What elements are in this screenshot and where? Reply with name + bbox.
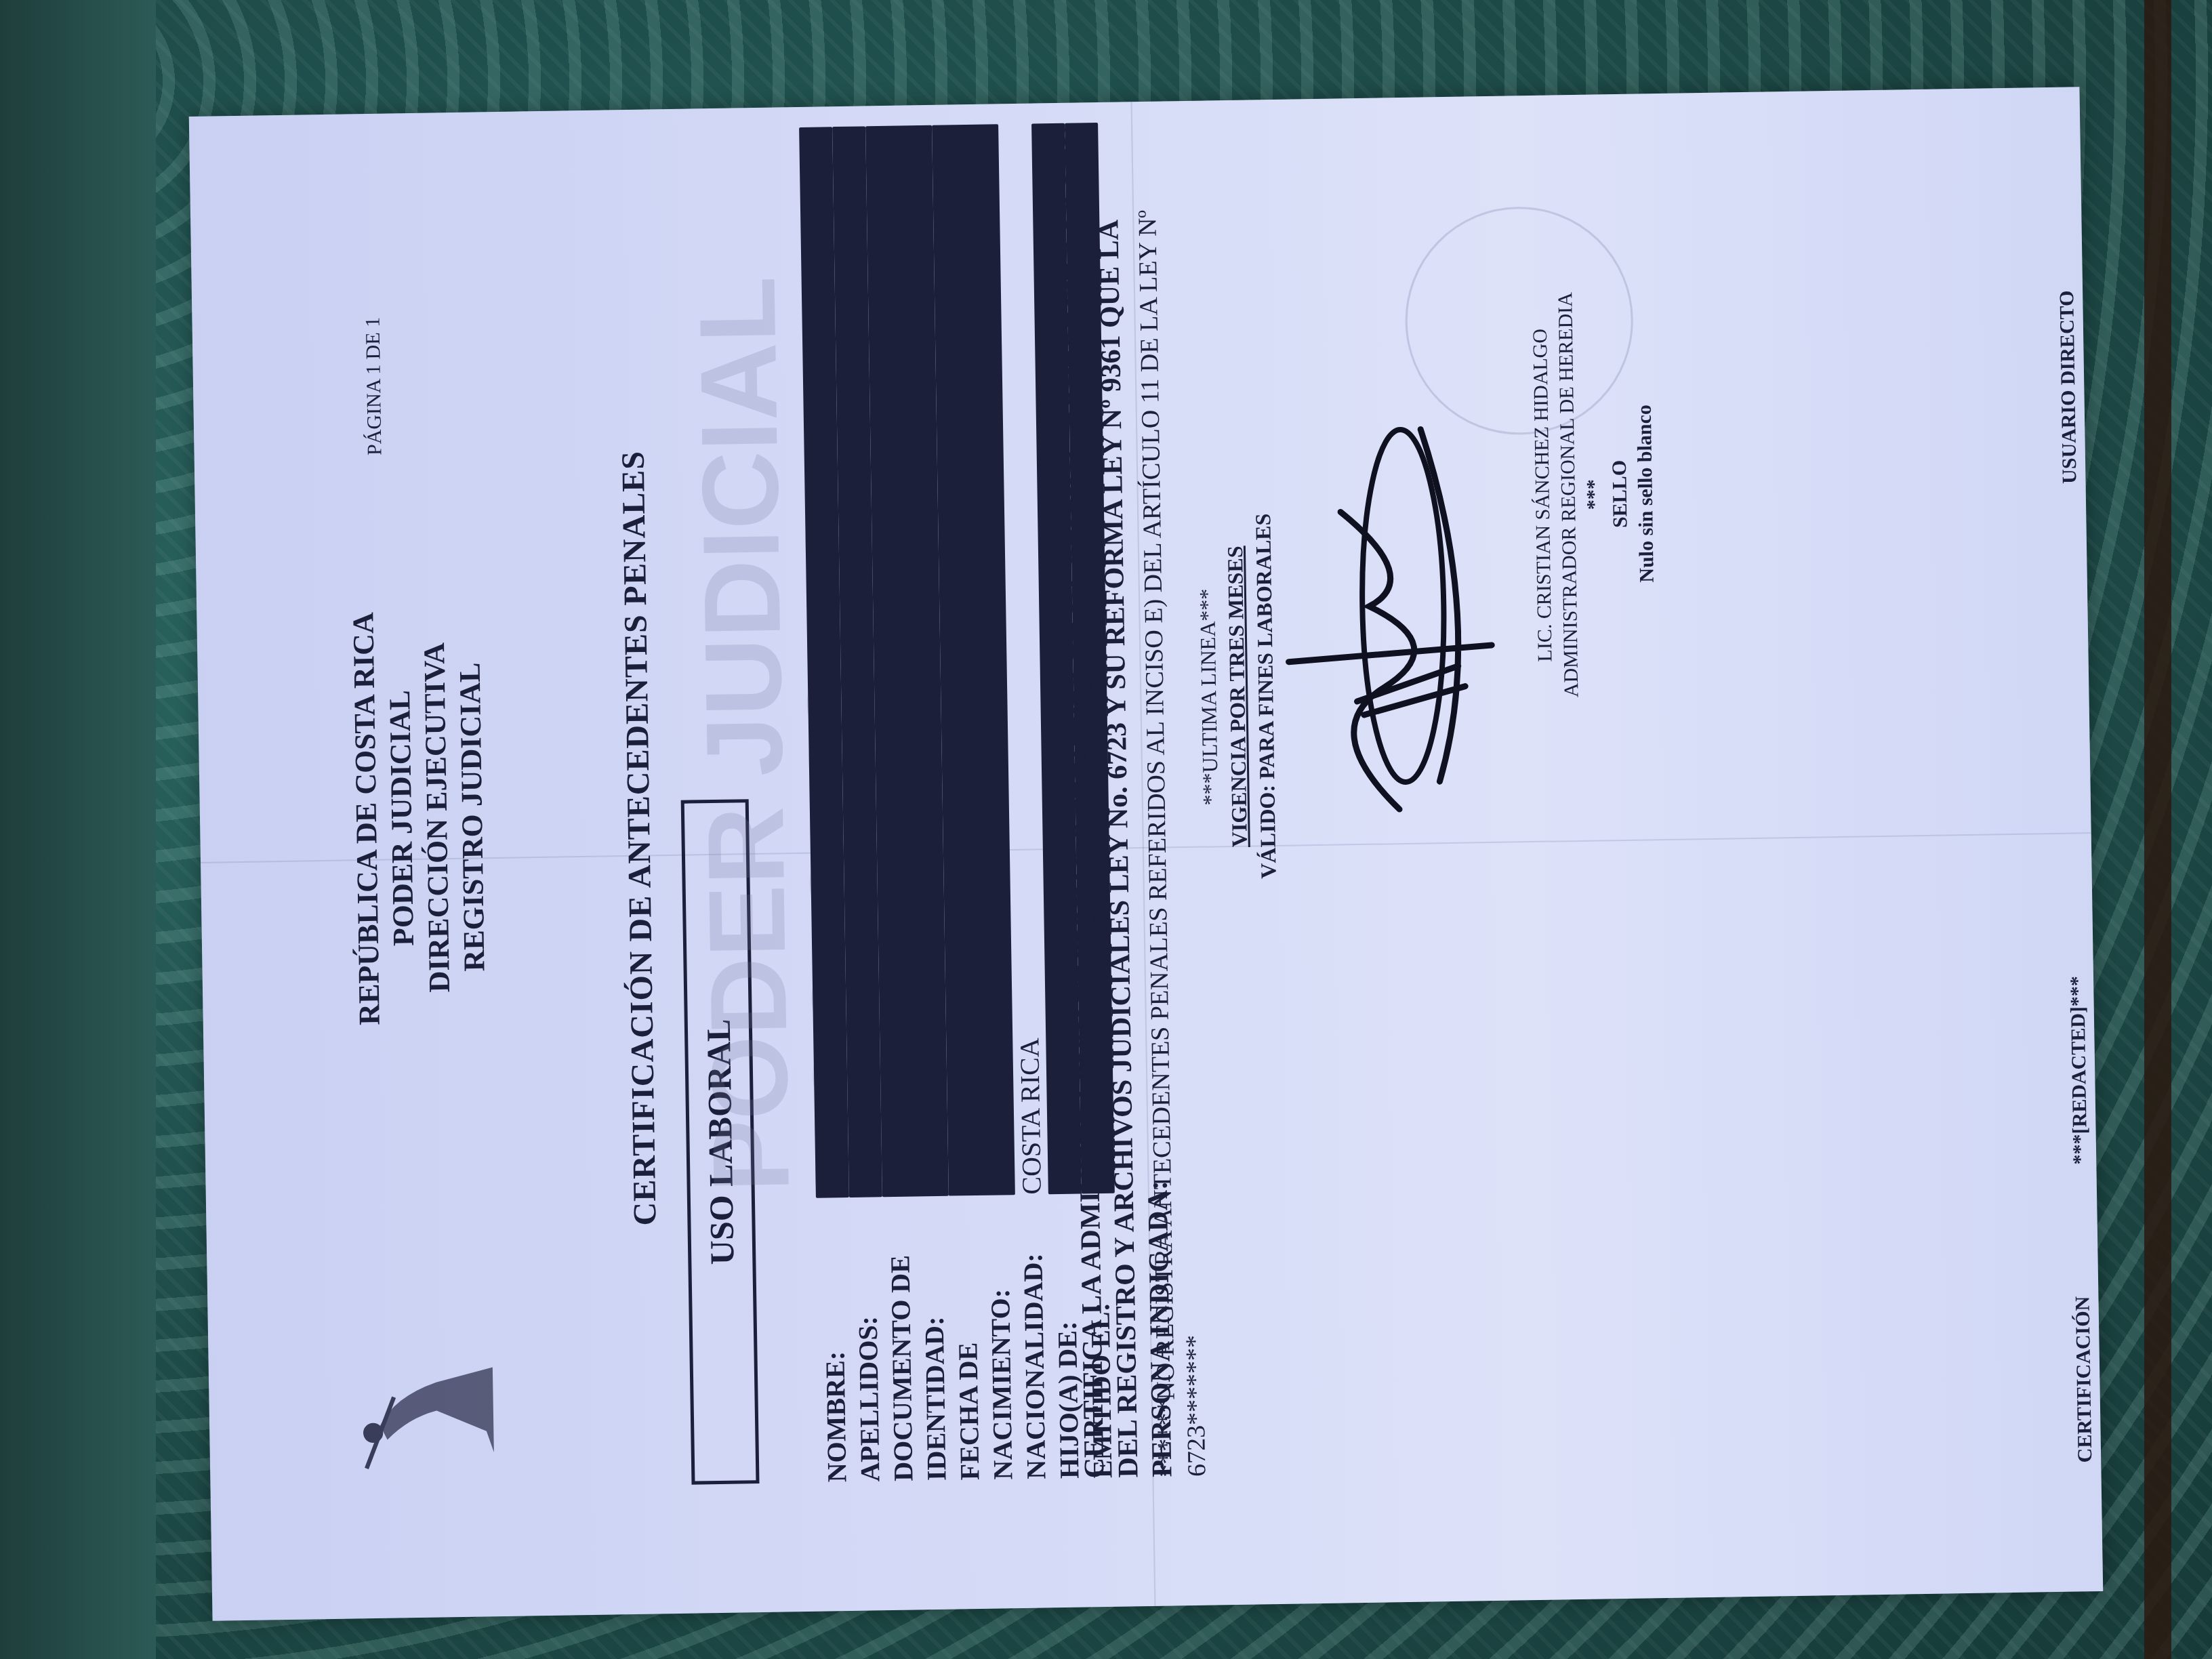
signer-block: LIC. CRISTIAN SÁNCHEZ HIDALGO ADMINISTRA… [1525, 222, 1663, 766]
signature-icon [1257, 387, 1522, 865]
field-label: NOMBRE: [816, 1197, 854, 1483]
field-label: APELLIDOS: [849, 1197, 887, 1482]
header-line: DIRECCIÓN EJECUTIVA [416, 580, 459, 1055]
usage-box: USO LABORAL [681, 799, 760, 1484]
table-edge [2144, 0, 2171, 1659]
field-label: DOCUMENTO DE IDENTIDAD: [882, 1196, 954, 1481]
field-label: FECHA DE NACIMIENTO: [949, 1195, 1020, 1480]
justice-statue-logo-icon [350, 1338, 508, 1483]
header-line: REGISTRO JUDICIAL [451, 579, 494, 1054]
certificate-paper: REPÚBLICA DE COSTA RICA PODER JUDICIAL D… [189, 87, 2104, 1621]
document-title: CERTIFICACIÓN DE ANTECEDENTES PENALES [609, 109, 670, 1567]
footer-user-type: USUARIO DIRECTO [2055, 290, 2081, 484]
issuer-header: REPÚBLICA DE COSTA RICA PODER JUDICIAL D… [346, 579, 494, 1056]
table-edge [0, 0, 156, 1659]
header-line: REPÚBLICA DE COSTA RICA [346, 581, 388, 1057]
footer-certification-number: ***[REDACTED]*** [2066, 976, 2092, 1165]
field-label: NACIONALIDAD: [1015, 1194, 1053, 1479]
footer-certification-label: CERTIFICACIÓN [2071, 1296, 2097, 1462]
certificate-page: REPÚBLICA DE COSTA RICA PODER JUDICIAL D… [250, 87, 2102, 1572]
page-number: PÁGINA 1 DE 1 [361, 317, 386, 456]
